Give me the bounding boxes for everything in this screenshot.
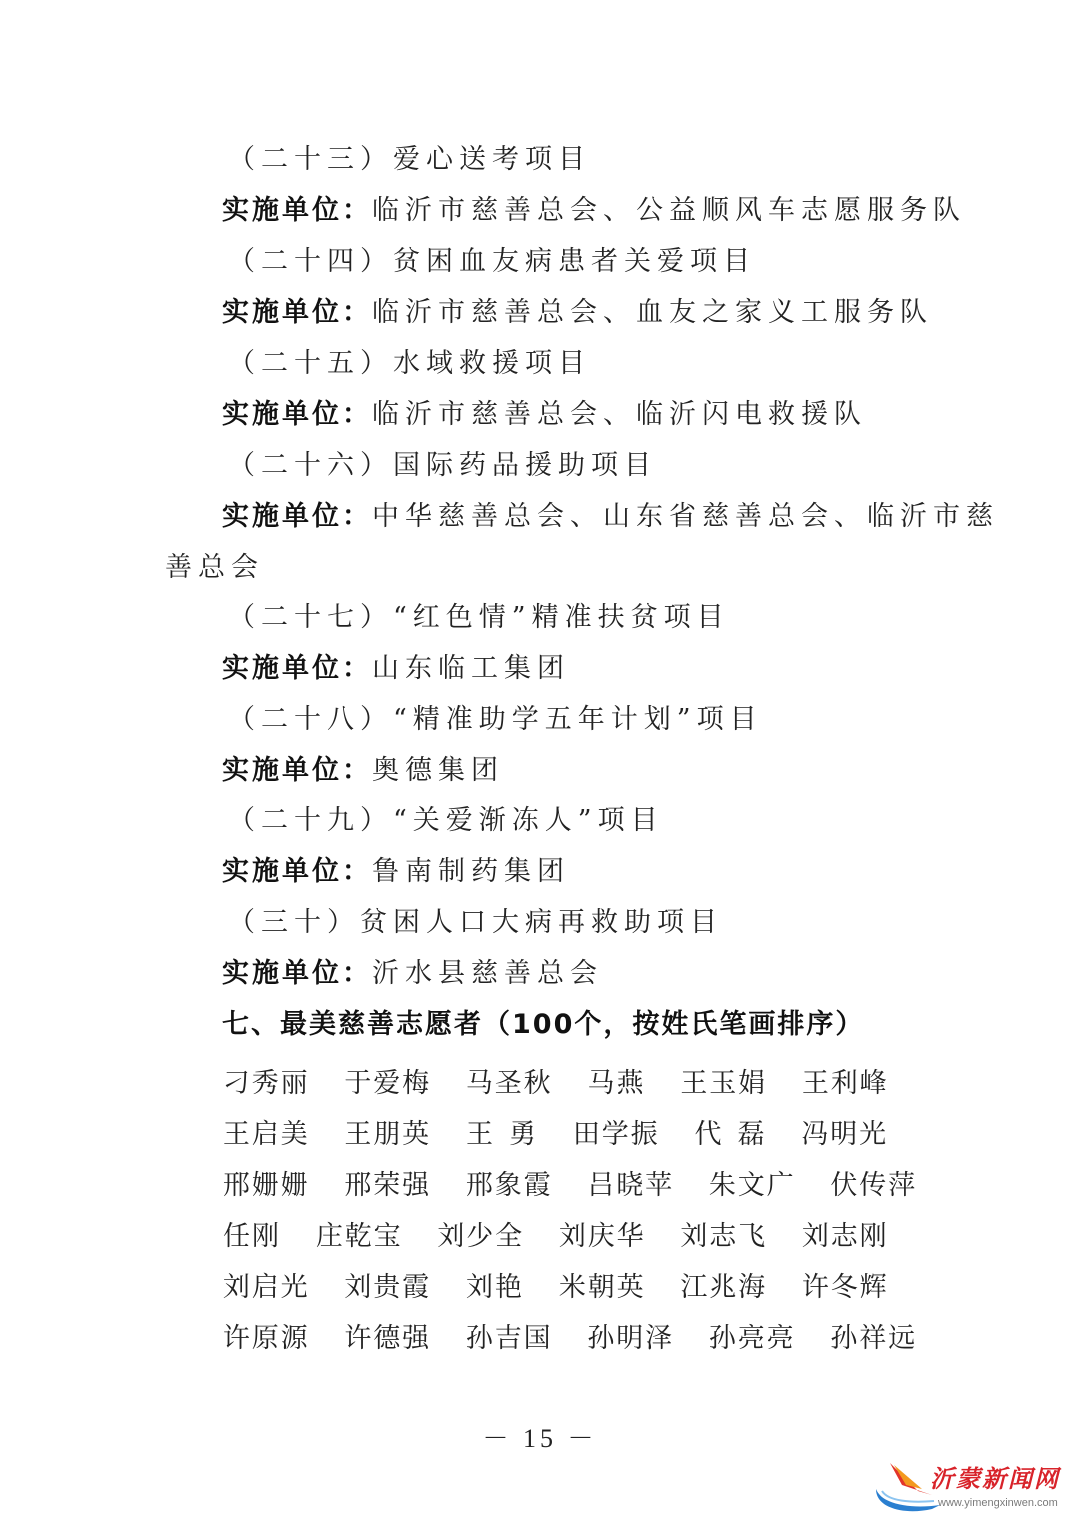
name-char: 许 [222, 1322, 251, 1356]
volunteer-name: 于爱梅 [344, 1067, 466, 1101]
project-heading: （二十五）水域救援项目 [228, 347, 591, 381]
name-char: 梅 [401, 1067, 430, 1101]
name-char: 庆 [587, 1220, 616, 1254]
name-char: 英 [616, 1271, 645, 1305]
name-char: 乾 [344, 1220, 373, 1254]
name-char: 传 [858, 1169, 887, 1203]
section-title: 七、最美慈善志愿者（100个，按姓氏笔画排序） [222, 1008, 864, 1042]
unit-value: 沂水县慈善总会 [372, 958, 603, 989]
name-char: 勇 [508, 1118, 537, 1152]
name-char: 许 [801, 1271, 830, 1305]
name-char: 玉 [708, 1067, 737, 1101]
unit-label: 实施单位： [222, 958, 372, 989]
name-char: 孙 [830, 1322, 859, 1356]
name-char: 米 [558, 1271, 587, 1305]
name-char: 启 [251, 1271, 280, 1305]
name-char: 辉 [859, 1271, 888, 1305]
name-char: 秋 [523, 1067, 552, 1101]
volunteer-name: 刘少全 [437, 1220, 559, 1254]
volunteer-name: 马圣秋 [465, 1067, 587, 1101]
volunteer-name: 米朝英 [558, 1271, 680, 1305]
name-char: 原 [251, 1322, 280, 1356]
project-unit: 实施单位：临沂市慈善总会、公益顺风车志愿服务队 [222, 194, 966, 228]
name-char: 王 [465, 1118, 494, 1152]
name-char: 启 [251, 1118, 280, 1152]
site-watermark: 沂蒙新闻网 www.yimengxinwen.com [872, 1455, 1077, 1523]
name-char: 广 [766, 1169, 795, 1203]
volunteer-name: 刘志飞 [680, 1220, 802, 1254]
unit-value: 临沂市慈善总会、公益顺风车志愿服务队 [372, 195, 966, 226]
name-char: 田 [572, 1118, 601, 1152]
name-char: 强 [401, 1322, 430, 1356]
unit-value: 奥德集团 [372, 755, 504, 786]
name-char: 刁 [222, 1067, 251, 1101]
name-char: 文 [737, 1169, 766, 1203]
volunteer-name: 任刚 [222, 1220, 315, 1254]
name-char: 美 [280, 1118, 309, 1152]
name-char: 磊 [737, 1118, 766, 1152]
unit-value: 山东临工集团 [372, 653, 570, 684]
volunteer-row: 邢姗姗邢荣强邢象霞吕晓苹朱文广伏传萍 [222, 1160, 922, 1211]
volunteer-name: 孙明泽 [587, 1322, 709, 1356]
name-char: 朱 [708, 1169, 737, 1203]
name-char: 荣 [372, 1169, 401, 1203]
unit-label: 实施单位： [222, 399, 372, 430]
volunteer-name: 刘志刚 [801, 1220, 923, 1254]
name-char: 娟 [737, 1067, 766, 1101]
unit-value: 临沂市慈善总会、血友之家义工服务队 [372, 297, 933, 328]
unit-value: 临沂市慈善总会、临沂闪电救援队 [372, 399, 867, 430]
name-char: 全 [494, 1220, 523, 1254]
name-char: 孙 [465, 1322, 494, 1356]
name-char: 德 [372, 1322, 401, 1356]
name-char: 王 [801, 1067, 830, 1101]
name-char: 刘 [222, 1271, 251, 1305]
volunteer-name: 吕晓苹 [587, 1169, 709, 1203]
name-char: 爱 [372, 1067, 401, 1101]
name-char: 象 [494, 1169, 523, 1203]
volunteer-name: 江兆海 [680, 1271, 802, 1305]
name-char: 霞 [523, 1169, 552, 1203]
name-char: 祥 [858, 1322, 887, 1356]
name-char: 庄 [315, 1220, 344, 1254]
name-char: 萍 [887, 1169, 916, 1203]
volunteer-name: 庄乾宝 [315, 1220, 437, 1254]
unit-label: 实施单位： [222, 653, 372, 684]
name-char: 代 [694, 1118, 723, 1152]
volunteer-name: 代磊 [694, 1118, 801, 1152]
unit-label: 实施单位： [222, 501, 372, 532]
volunteer-row: 许原源许德强孙吉国孙明泽孙亮亮孙祥远 [222, 1313, 922, 1364]
volunteer-row: 刘启光刘贵霞刘艳米朝英江兆海许冬辉 [222, 1262, 922, 1313]
name-char: 吉 [494, 1322, 523, 1356]
unit-label: 实施单位： [222, 195, 372, 226]
name-char: 姗 [251, 1169, 280, 1203]
project-heading: （三十）贫困人口大病再救助项目 [228, 906, 723, 940]
volunteer-name: 许德强 [344, 1322, 466, 1356]
project-heading: （二十八）“精准助学五年计划”项目 [228, 703, 763, 737]
unit-value: 鲁南制药集团 [372, 856, 570, 887]
name-char: 刘 [558, 1220, 587, 1254]
name-char: 于 [344, 1067, 373, 1101]
name-char: 利 [830, 1067, 859, 1101]
project-unit: 实施单位：鲁南制药集团 [222, 855, 570, 889]
name-char: 霞 [401, 1271, 430, 1305]
name-char: 邢 [344, 1169, 373, 1203]
name-char: 泽 [644, 1322, 673, 1356]
name-char: 邢 [465, 1169, 494, 1203]
watermark-title: 沂蒙新闻网 [930, 1459, 1060, 1494]
name-char: 强 [401, 1169, 430, 1203]
volunteer-name: 朱文广 [708, 1169, 830, 1203]
project-unit: 实施单位：山东临工集团 [222, 652, 570, 686]
name-char: 刚 [859, 1220, 888, 1254]
volunteer-name: 孙吉国 [465, 1322, 587, 1356]
project-unit: 实施单位：奥德集团 [222, 754, 504, 788]
volunteer-name: 马燕 [587, 1067, 680, 1101]
name-char: 国 [523, 1322, 552, 1356]
volunteer-name: 冯明光 [801, 1118, 923, 1152]
name-char: 艳 [494, 1271, 523, 1305]
name-char: 晓 [615, 1169, 644, 1203]
project-heading: （二十三）爱心送考项目 [228, 143, 591, 177]
name-char: 光 [858, 1118, 887, 1152]
page-number: － 15 － [0, 1418, 1080, 1455]
name-char: 吕 [587, 1169, 616, 1203]
name-char: 姗 [280, 1169, 309, 1203]
name-char: 兆 [708, 1271, 737, 1305]
unit-value: 中华慈善总会、山东省慈善总会、临沂市慈 [372, 501, 999, 532]
name-char: 峰 [859, 1067, 888, 1101]
name-char: 孙 [708, 1322, 737, 1356]
name-char: 亮 [737, 1322, 766, 1356]
name-char: 光 [280, 1271, 309, 1305]
name-char: 朝 [587, 1271, 616, 1305]
name-char: 江 [680, 1271, 709, 1305]
name-char: 振 [630, 1118, 659, 1152]
name-char: 王 [344, 1118, 373, 1152]
name-char: 源 [280, 1322, 309, 1356]
volunteer-name: 王玉娟 [680, 1067, 802, 1101]
project-unit: 实施单位：临沂市慈善总会、血友之家义工服务队 [222, 296, 933, 330]
name-char: 明 [615, 1322, 644, 1356]
volunteer-name: 孙亮亮 [708, 1322, 830, 1356]
name-char: 马 [465, 1067, 494, 1101]
volunteer-row: 王启美王朋英王勇田学振代磊冯明光 [222, 1109, 922, 1160]
unit-label: 实施单位： [222, 856, 372, 887]
volunteer-name: 邢象霞 [465, 1169, 587, 1203]
project-unit-continuation: 善总会 [165, 551, 264, 585]
watermark-url: www.yimengxinwen.com [938, 1497, 1058, 1509]
project-heading: （二十四）贫困血友病患者关爱项目 [228, 245, 756, 279]
name-char: 刘 [465, 1271, 494, 1305]
project-heading: （二十六）国际药品援助项目 [228, 449, 657, 483]
name-char: 任 [222, 1220, 251, 1254]
unit-label: 实施单位： [222, 297, 372, 328]
name-char: 刘 [801, 1220, 830, 1254]
volunteer-name: 许冬辉 [801, 1271, 923, 1305]
name-char: 伏 [830, 1169, 859, 1203]
volunteer-name: 刘庆华 [558, 1220, 680, 1254]
name-char: 志 [708, 1220, 737, 1254]
project-unit: 实施单位：沂水县慈善总会 [222, 957, 603, 991]
volunteer-name: 王勇 [465, 1118, 572, 1152]
name-char: 英 [401, 1118, 430, 1152]
name-char: 华 [616, 1220, 645, 1254]
project-unit: 实施单位：临沂市慈善总会、临沂闪电救援队 [222, 398, 867, 432]
name-char: 刘 [437, 1220, 466, 1254]
name-char: 王 [680, 1067, 709, 1101]
volunteer-name: 许原源 [222, 1322, 344, 1356]
name-char: 马 [587, 1067, 616, 1101]
volunteer-name: 孙祥远 [830, 1322, 952, 1356]
volunteer-row: 任刚庄乾宝刘少全刘庆华刘志飞刘志刚 [222, 1211, 922, 1262]
volunteer-name: 刘启光 [222, 1271, 344, 1305]
name-char: 飞 [737, 1220, 766, 1254]
unit-label: 实施单位： [222, 755, 372, 786]
volunteer-name: 伏传萍 [830, 1169, 952, 1203]
project-unit: 实施单位：中华慈善总会、山东省慈善总会、临沂市慈 [222, 500, 999, 534]
name-char: 朋 [372, 1118, 401, 1152]
name-char: 刘 [680, 1220, 709, 1254]
name-char: 秀 [251, 1067, 280, 1101]
name-char: 丽 [280, 1067, 309, 1101]
name-char: 孙 [587, 1322, 616, 1356]
name-char: 志 [830, 1220, 859, 1254]
volunteer-row: 刁秀丽于爱梅马圣秋马燕王玉娟王利峰 [222, 1058, 922, 1109]
name-char: 燕 [616, 1067, 645, 1101]
name-char: 圣 [494, 1067, 523, 1101]
volunteer-name: 田学振 [572, 1118, 694, 1152]
name-char: 苹 [644, 1169, 673, 1203]
name-char: 许 [344, 1322, 373, 1356]
name-char: 邢 [222, 1169, 251, 1203]
volunteer-name-grid: 刁秀丽于爱梅马圣秋马燕王玉娟王利峰王启美王朋英王勇田学振代磊冯明光邢姗姗邢荣强邢… [222, 1058, 922, 1364]
name-char: 贵 [372, 1271, 401, 1305]
volunteer-name: 王利峰 [801, 1067, 923, 1101]
name-char: 少 [465, 1220, 494, 1254]
volunteer-name: 王朋英 [344, 1118, 466, 1152]
name-char: 王 [222, 1118, 251, 1152]
project-heading: （二十七）“红色情”精准扶贫项目 [228, 601, 730, 635]
name-char: 亮 [766, 1322, 795, 1356]
name-char: 学 [601, 1118, 630, 1152]
volunteer-name: 刘艳 [465, 1271, 558, 1305]
project-heading: （二十九）“关爱渐冻人”项目 [228, 804, 664, 838]
document-page: （二十三）爱心送考项目 实施单位：临沂市慈善总会、公益顺风车志愿服务队 （二十四… [0, 0, 1080, 1527]
name-char: 刚 [251, 1220, 280, 1254]
name-char: 刘 [344, 1271, 373, 1305]
name-char: 宝 [373, 1220, 402, 1254]
name-char: 远 [887, 1322, 916, 1356]
name-char: 明 [829, 1118, 858, 1152]
volunteer-name: 邢姗姗 [222, 1169, 344, 1203]
volunteer-name: 王启美 [222, 1118, 344, 1152]
volunteer-name: 刘贵霞 [344, 1271, 466, 1305]
volunteer-name: 刁秀丽 [222, 1067, 344, 1101]
name-char: 冯 [801, 1118, 830, 1152]
name-char: 冬 [830, 1271, 859, 1305]
name-char: 海 [737, 1271, 766, 1305]
volunteer-name: 邢荣强 [344, 1169, 466, 1203]
